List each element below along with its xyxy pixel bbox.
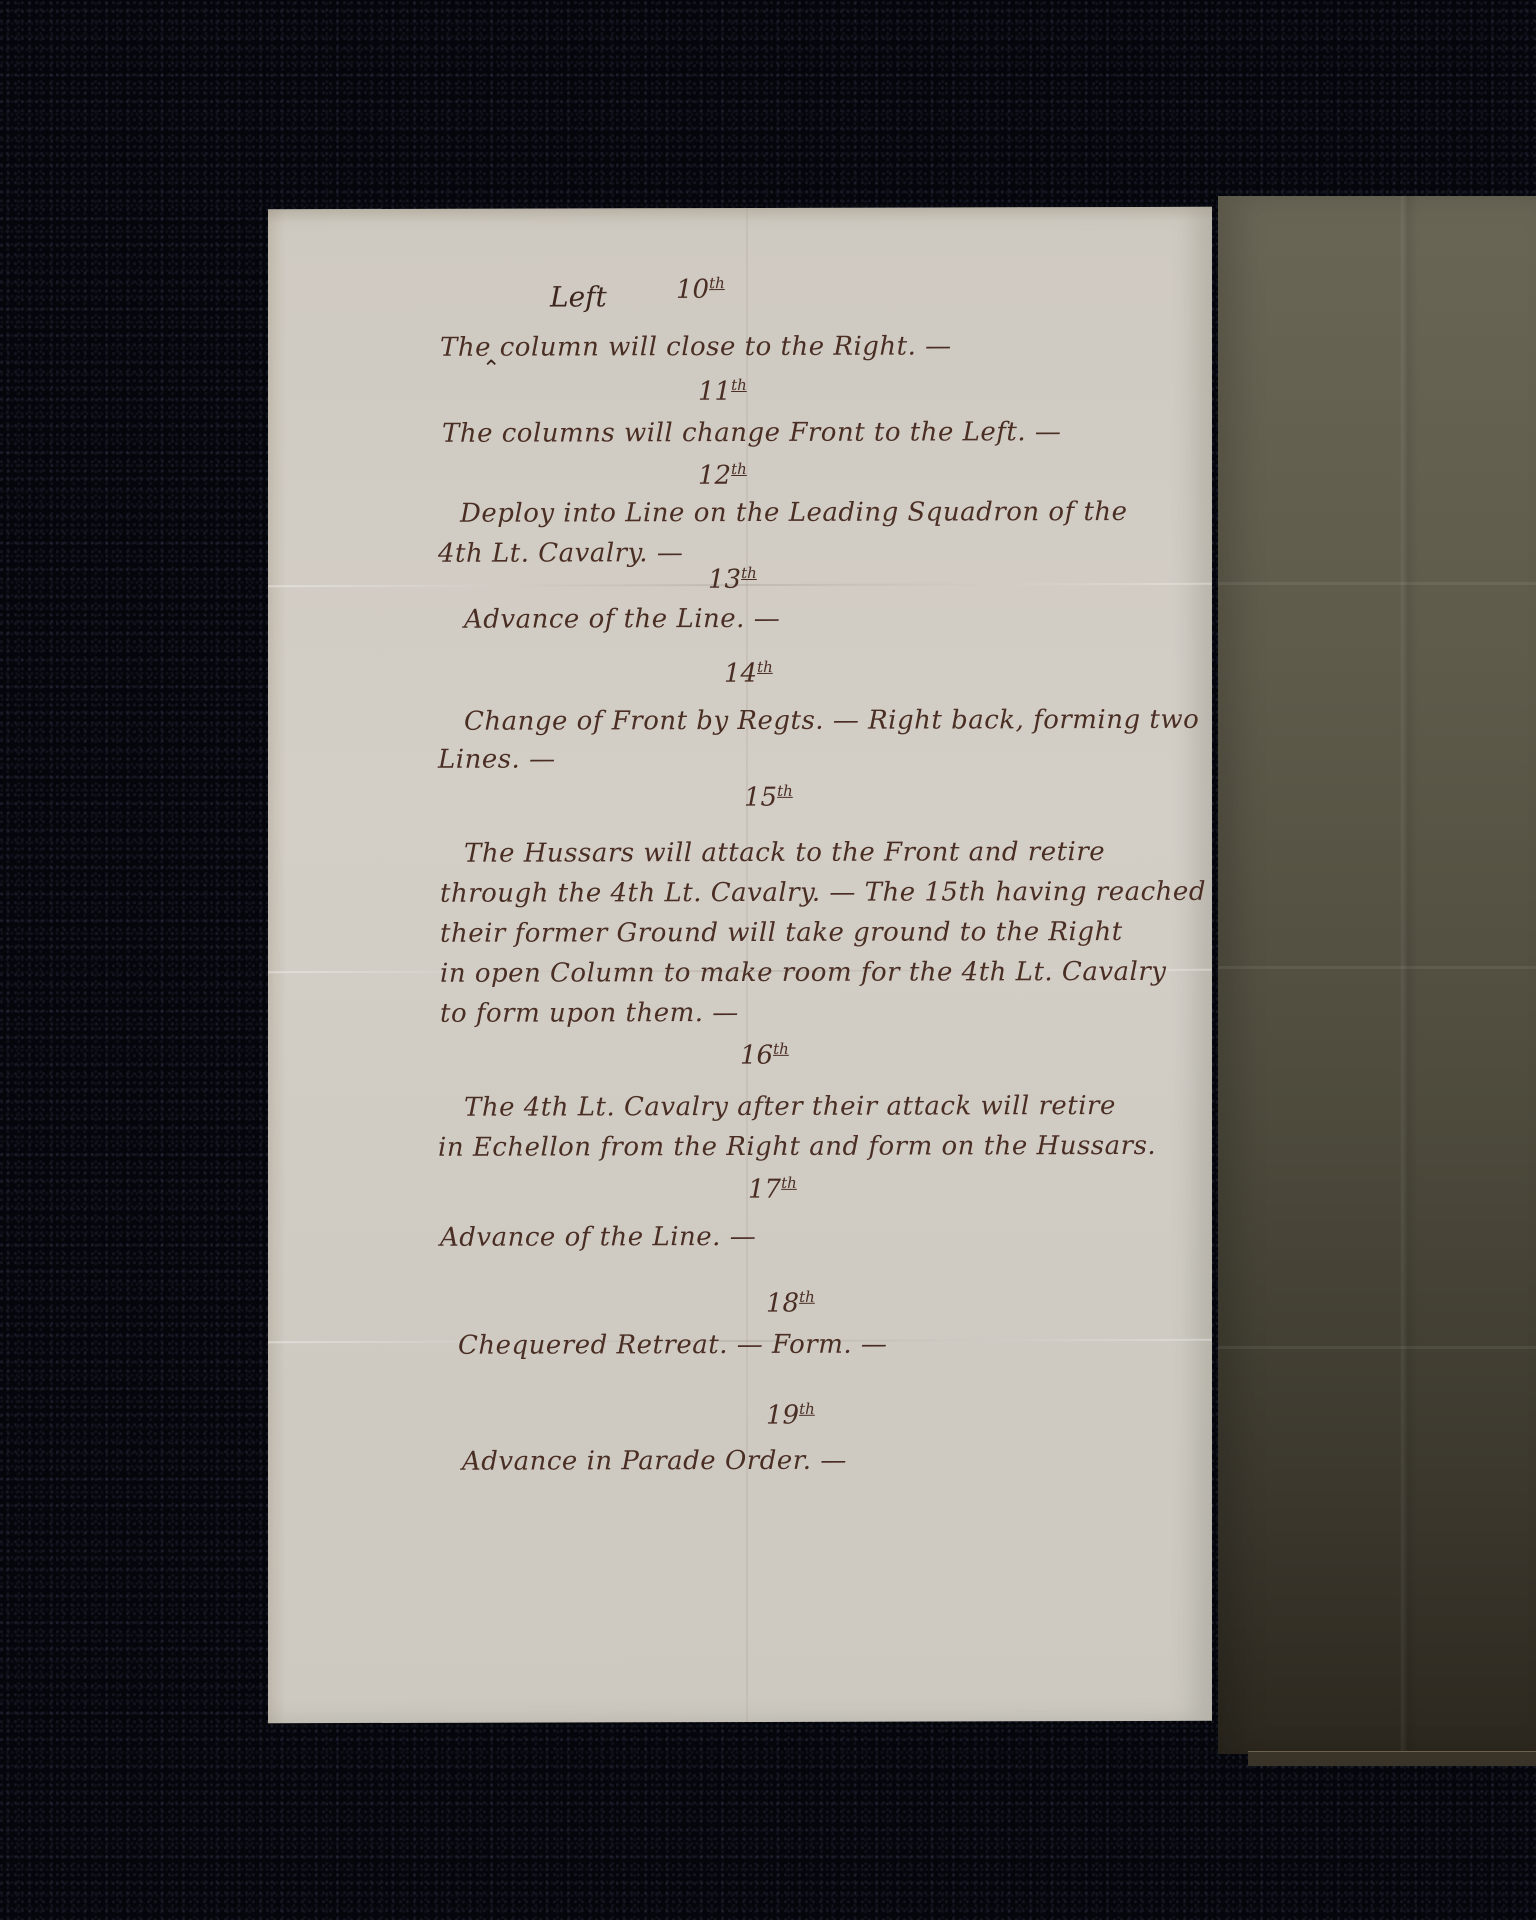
entry-line: 4th Lt. Cavalry. — <box>438 538 683 569</box>
entry-line: The Hussars will attack to the Front and… <box>464 837 1105 869</box>
entry-number: 15th <box>744 782 793 813</box>
entry-number: 12th <box>698 460 747 491</box>
insertion-word: Left <box>550 280 607 313</box>
entry-line: Advance of the Line. — <box>440 1222 756 1253</box>
entry-line: to form upon them. — <box>440 998 739 1029</box>
entry-line: The 4th Lt. Cavalry after their attack w… <box>464 1091 1116 1123</box>
page-bottom-edge <box>1248 1751 1536 1766</box>
entry-line: Change of Front by Regts. — Right back, … <box>464 705 1199 737</box>
entry-line: Advance in Parade Order. — <box>462 1446 847 1477</box>
entry-number: 17th <box>748 1174 797 1205</box>
page-crease <box>1218 1346 1536 1349</box>
page-crease <box>1218 966 1536 969</box>
entry-number: 18th <box>766 1288 815 1319</box>
entry-number: 16th <box>740 1040 789 1071</box>
entry-number: 10th <box>676 274 725 305</box>
entry-line: Lines. — <box>438 744 556 774</box>
entry-line: The column will close to the Right. — <box>440 331 952 362</box>
entry-number: 19th <box>766 1400 815 1431</box>
entry-line: Chequered Retreat. — Form. — <box>458 1330 887 1361</box>
entry-line: in Echellon from the Right and form on t… <box>438 1131 1156 1163</box>
entry-line: The columns will change Front to the Lef… <box>442 417 1061 449</box>
entry-number: 14th <box>724 658 773 689</box>
entry-line: in open Column to make room for the 4th … <box>440 957 1166 989</box>
facing-page-dark <box>1218 196 1536 1754</box>
entry-line: through the 4th Lt. Cavalry. — The 15th … <box>440 877 1206 909</box>
page-crease <box>1218 582 1536 585</box>
manuscript-page: Left 10th The column will close to the R… <box>268 207 1212 1723</box>
entry-line: Deploy into Line on the Leading Squadron… <box>460 497 1128 529</box>
insertion-caret: ⌃ <box>482 357 500 382</box>
entry-number: 11th <box>698 376 747 407</box>
entry-number: 13th <box>708 564 757 595</box>
entry-line: Advance of the Line. — <box>464 604 780 635</box>
entry-line: their former Ground will take ground to … <box>440 917 1123 949</box>
